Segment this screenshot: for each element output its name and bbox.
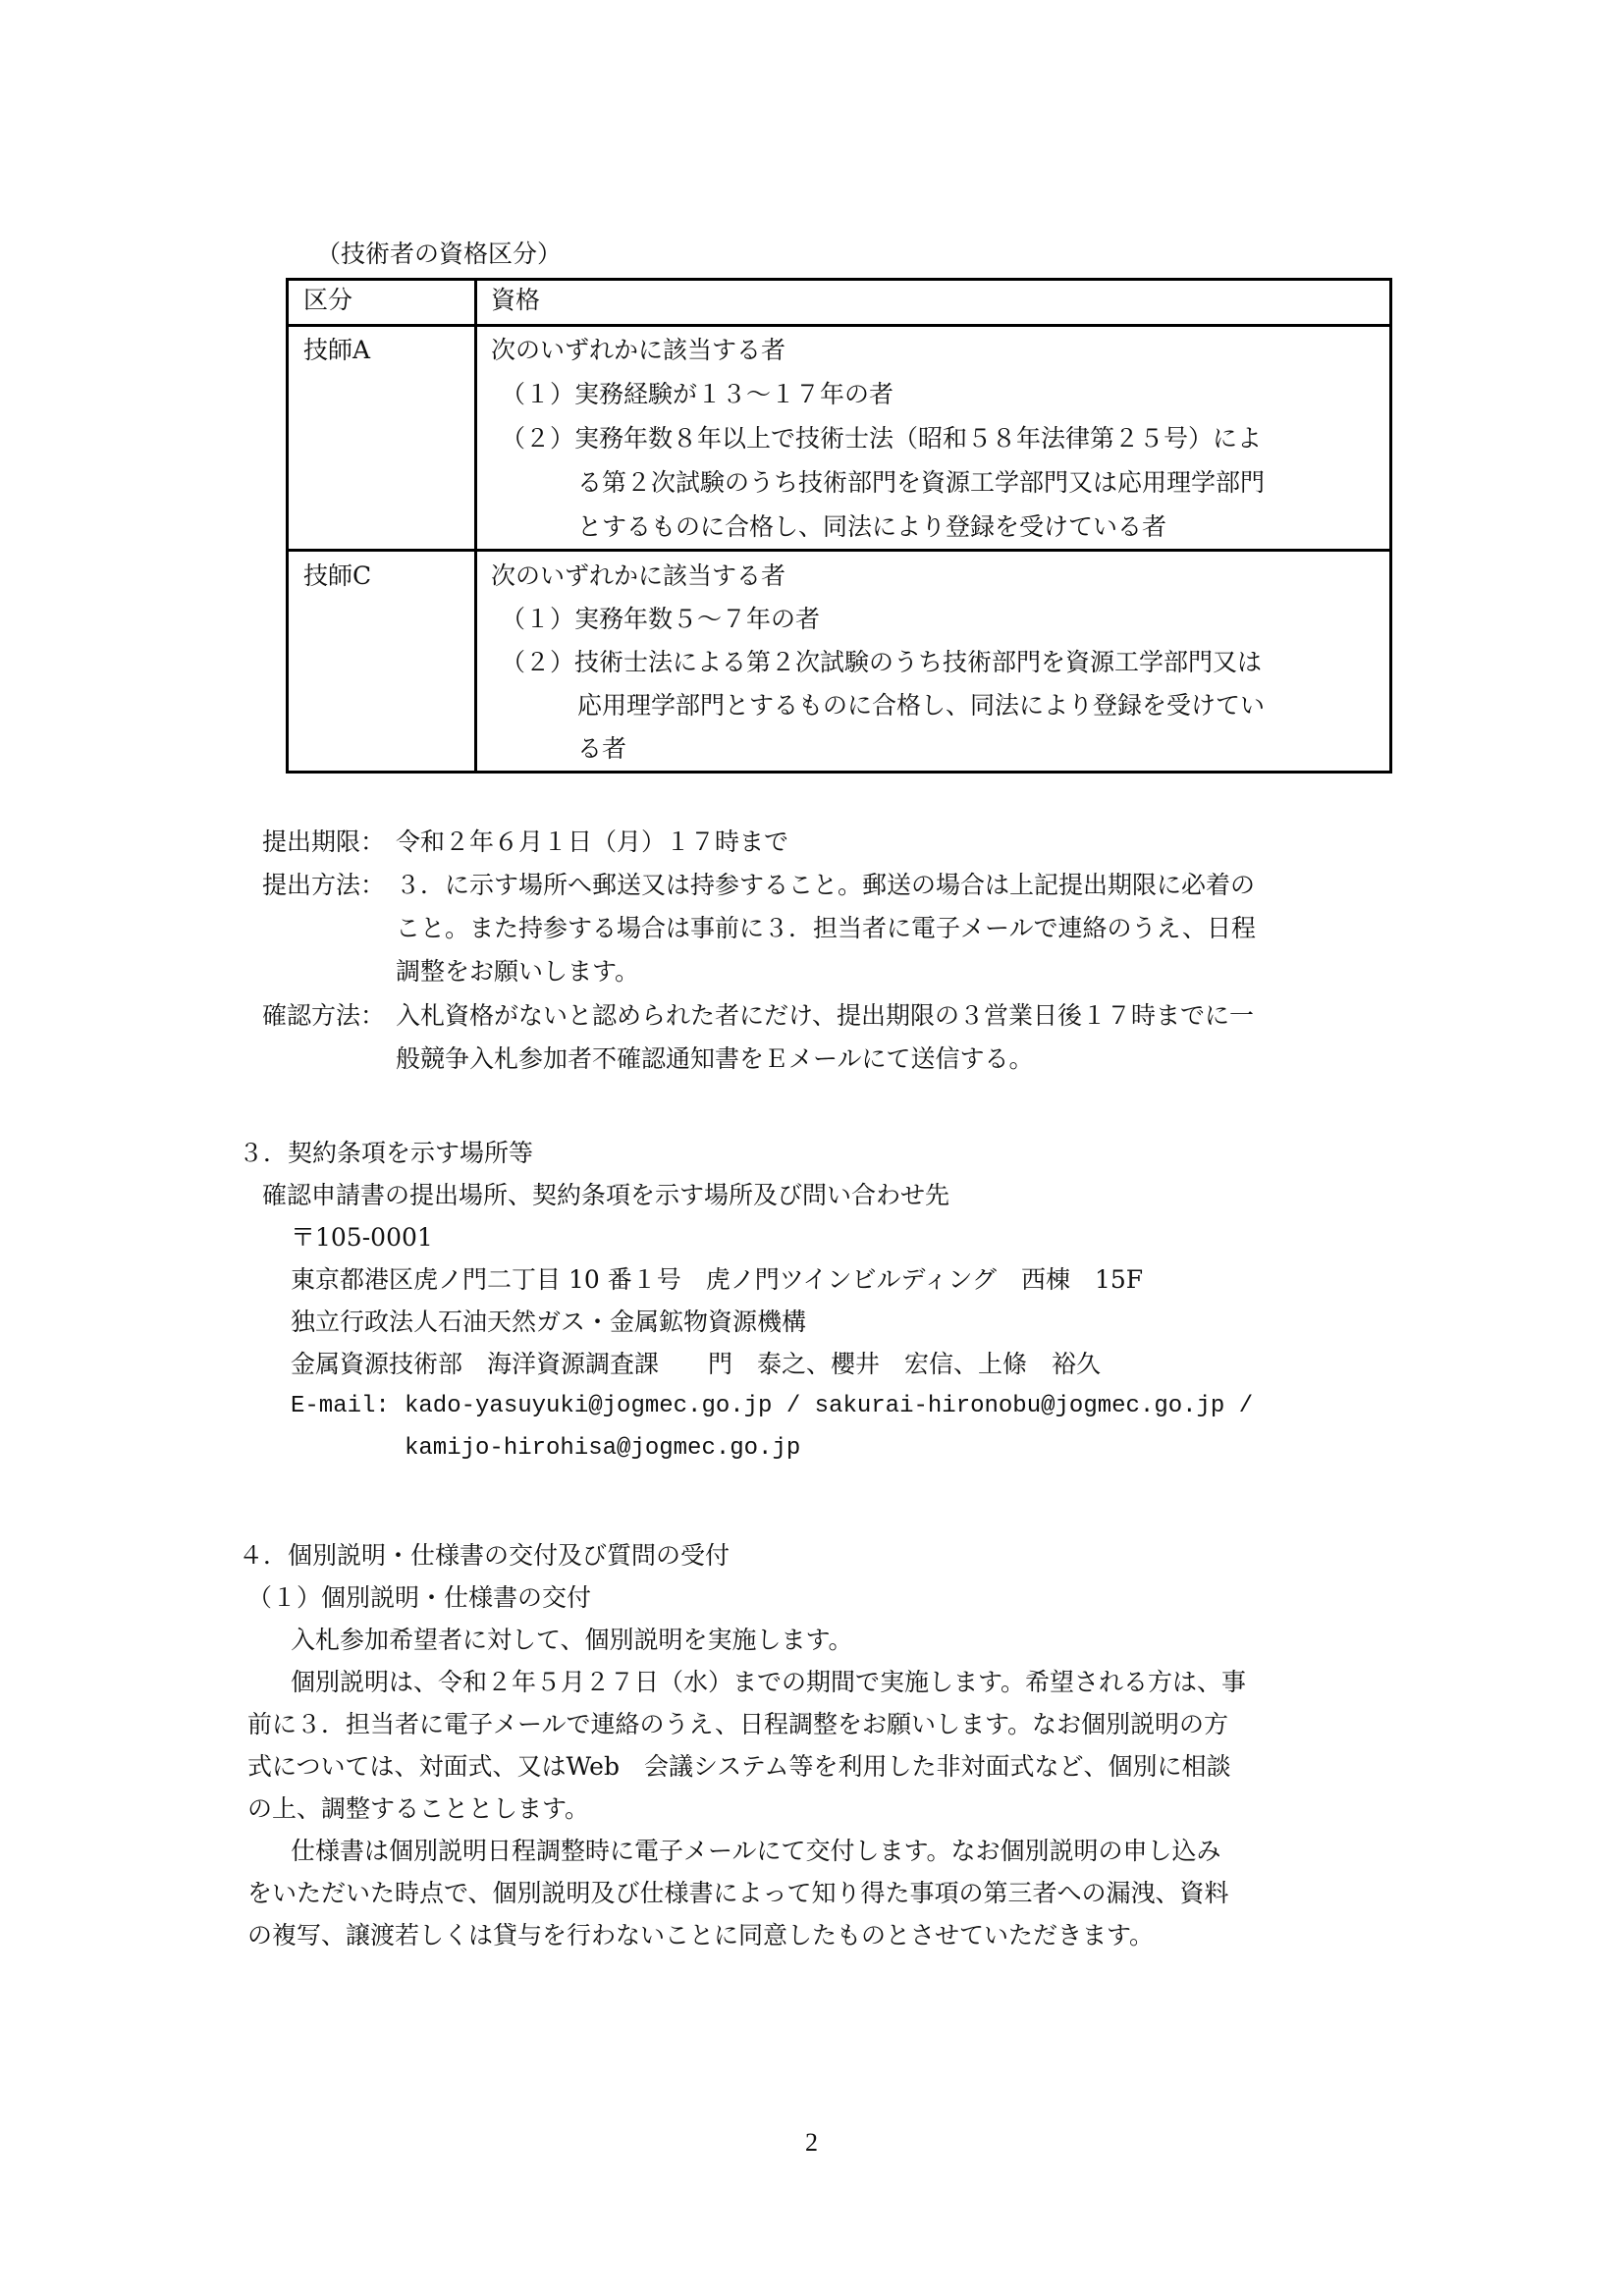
row-c-line: （１）実務年数５～７年の者 <box>501 605 820 634</box>
header-category: 区分 <box>303 286 352 315</box>
row-a-line: （１）実務経験が１３～１７年の者 <box>501 380 893 409</box>
row-c-line: 応用理学部門とするものに合格し、同法により登録を受けてい <box>577 691 1265 721</box>
paragraph-line: の上、調整することとします。 <box>247 1794 589 1824</box>
table-caption: （技術者の資格区分） <box>316 240 562 269</box>
row-c-line: る者 <box>577 734 626 764</box>
row-divider <box>289 549 1389 552</box>
row-c-line: 次のいずれかに該当する者 <box>491 561 785 591</box>
row-c-line: （２）技術士法による第２次試験のうち技術部門を資源工学部門又は <box>501 648 1262 677</box>
deadline-text: 令和２年６月１日（月）１７時まで <box>396 828 788 857</box>
email-link[interactable]: kado-yasuyuki@jogmec.go.jp / sakurai-hir… <box>405 1392 1253 1421</box>
row-a-line: る第２次試験のうち技術部門を資源工学部門又は応用理学部門 <box>577 468 1265 498</box>
section4-sub1-heading: （１）個別説明・仕様書の交付 <box>247 1583 591 1613</box>
row-c-category: 技師C <box>303 561 371 591</box>
header-qualification: 資格 <box>491 286 540 315</box>
method-line: 調整をお願いします。 <box>396 957 639 987</box>
paragraph-line: 前に３．担当者に電子メールで連絡のうえ、日程調整をお願いします。なお個別説明の方 <box>247 1710 1228 1739</box>
paragraph-line: 仕様書は個別説明日程調整時に電子メールにて交付します。なお個別説明の申し込み <box>291 1837 1221 1866</box>
confirm-label: 確認方法： <box>262 1001 385 1031</box>
paragraph-line: 式については、対面式、又はWeb 会議システム等を利用した非対面式など、個別に相… <box>247 1752 1230 1782</box>
row-a-line: （２）実務年数８年以上で技術士法（昭和５８年法律第２５号）によ <box>501 424 1262 454</box>
confirm-line: 入札資格がないと認められた者にだけ、提出期限の３営業日後１７時までに一 <box>396 1001 1254 1031</box>
row-a-line: とするものに合格し、同法により登録を受けている者 <box>577 512 1166 542</box>
method-line: ３．に示す場所へ郵送又は持参すること。郵送の場合は上記提出期限に必着の <box>396 871 1255 900</box>
address: 東京都港区虎ノ門二丁目 10 番１号 虎ノ門ツインビルディング 西棟 15F <box>291 1265 1143 1295</box>
row-a-category: 技師A <box>303 336 370 365</box>
method-label: 提出方法： <box>262 871 385 900</box>
organization: 独立行政法人石油天然ガス・金属鉱物資源機構 <box>291 1308 806 1337</box>
section4-heading: ４．個別説明・仕様書の交付及び質問の受付 <box>239 1541 730 1571</box>
section3-heading: ３．契約条項を示す場所等 <box>239 1139 533 1168</box>
deadline-label: 提出期限： <box>262 828 385 857</box>
department-contacts: 金属資源技術部 海洋資源調査課 門 泰之、櫻井 宏信、上條 裕久 <box>291 1350 1101 1379</box>
section3-intro: 確認申請書の提出場所、契約条項を示す場所及び問い合わせ先 <box>262 1181 949 1210</box>
email-link[interactable]: kamijo-hirohisa@jogmec.go.jp <box>405 1434 800 1464</box>
confirm-line: 般競争入札参加者不確認通知書をＥメールにて送信する。 <box>396 1044 1034 1074</box>
method-line: こと。また持参する場合は事前に３．担当者に電子メールで連絡のうえ、日程 <box>396 914 1256 943</box>
postal-code: 〒105-0001 <box>291 1223 433 1253</box>
column-divider <box>474 281 477 771</box>
paragraph-line: 個別説明は、令和２年５月２７日（水）までの期間で実施します。希望される方は、事 <box>291 1668 1246 1697</box>
header-divider <box>289 324 1389 327</box>
paragraph-line: をいただいた時点で、個別説明及び仕様書によって知り得た事項の第三者への漏洩、資料 <box>247 1879 1229 1908</box>
email-label: E-mail: <box>291 1392 390 1421</box>
paragraph-line: の複写、譲渡若しくは貸与を行わないことに同意したものとさせていただきます。 <box>247 1921 1154 1950</box>
row-a-line: 次のいずれかに該当する者 <box>491 336 785 365</box>
page-number: 2 <box>805 2128 818 2158</box>
paragraph: 入札参加希望者に対して、個別説明を実施します。 <box>291 1626 853 1655</box>
